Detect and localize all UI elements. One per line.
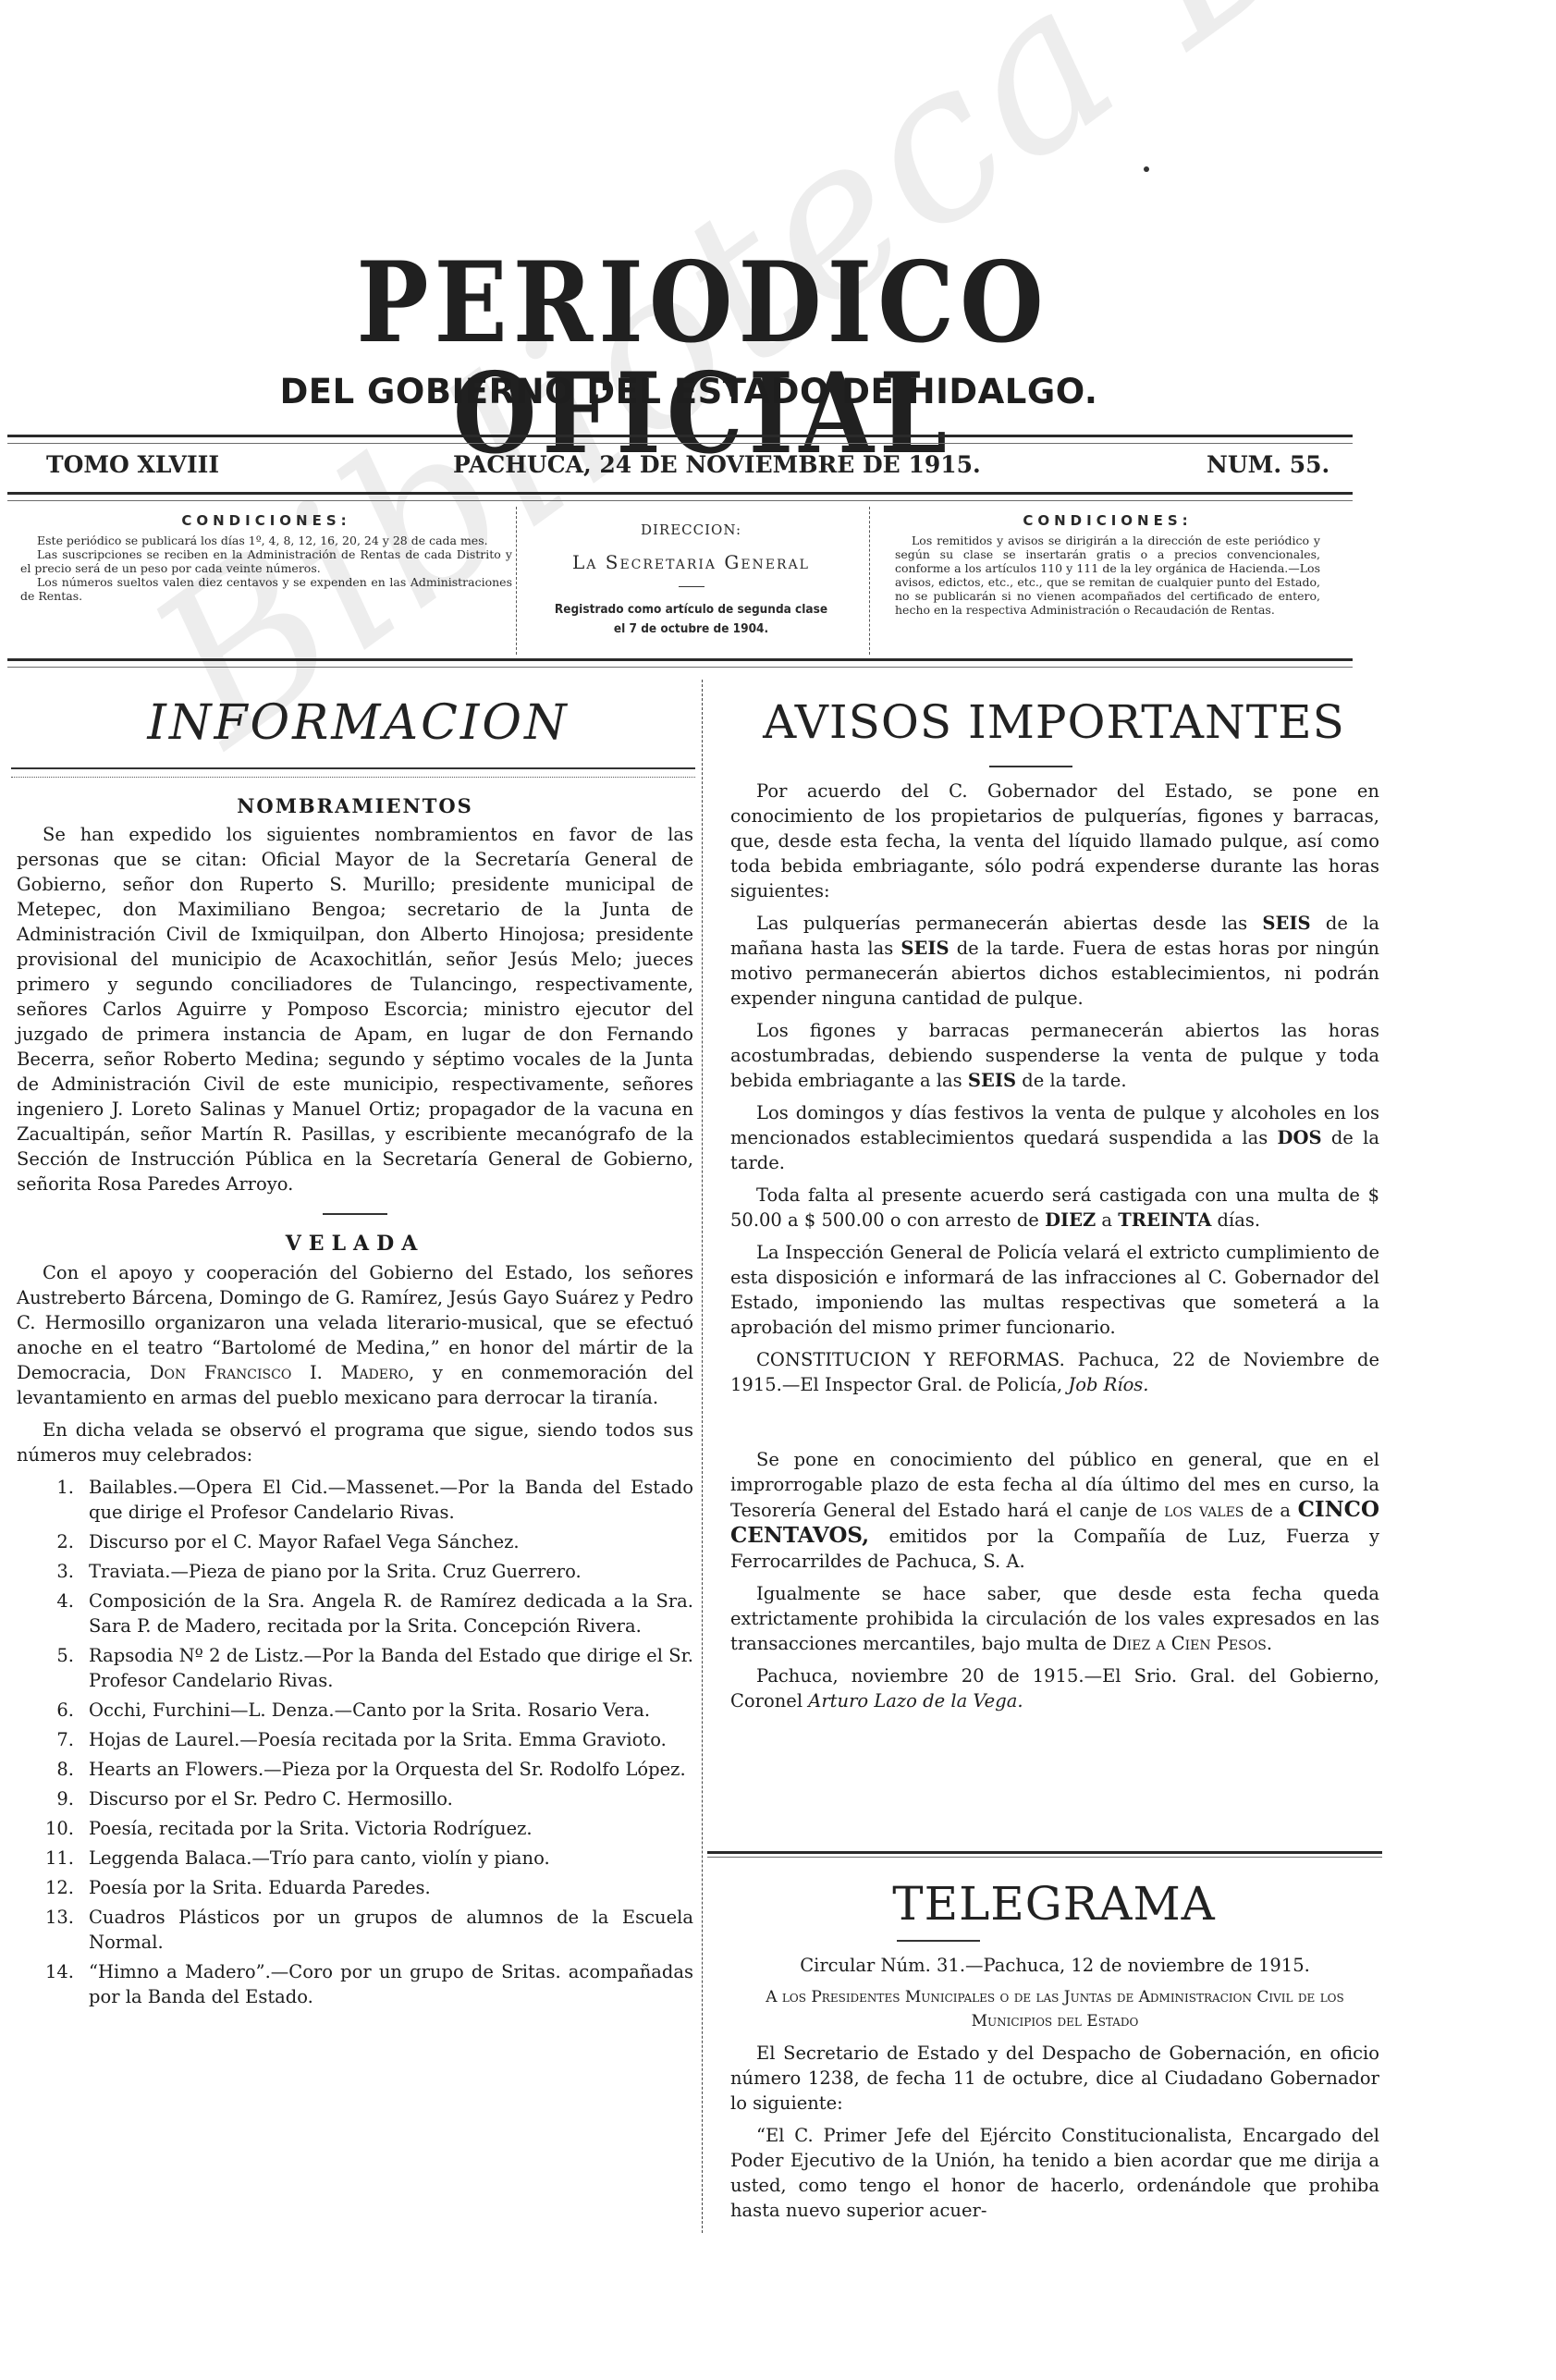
direction-dash [679, 586, 704, 587]
program-item-text: Discurso por el Sr. Pedro C. Hermosillo. [89, 1788, 453, 1810]
program-item: 2.Discurso por el C. Mayor Rafael Vega S… [17, 1529, 693, 1554]
nombramientos-text: Se han expedido los siguientes nombramie… [17, 822, 693, 1196]
issue-date: PACHUCA, 24 DE NOVIEMBRE DE 1915. [453, 451, 981, 478]
avisos-p6: La Inspección General de Policía velará … [730, 1240, 1379, 1340]
program-item-text: Cuadros Plásticos por un grupos de alumn… [89, 1907, 693, 1953]
masthead-rule-bottom [7, 492, 1353, 501]
telegrama-p1: El Secretario de Estado y del Despacho d… [730, 2041, 1379, 2116]
program-item: 1.Bailables.—Opera El Cid.—Massenet.—Por… [17, 1475, 693, 1525]
avisos-p1: Por acuerdo del C. Gobernador del Estado… [730, 779, 1379, 903]
avisos-rule [989, 766, 1072, 767]
section-title-telegrama: TELEGRAMA [730, 1877, 1378, 1931]
program-item-number: 4. [17, 1589, 74, 1613]
direction-label: DIRECCION: [518, 521, 864, 538]
conditions-left-title: CONDICIONES: [20, 514, 512, 528]
velada-heading: VELADA [17, 1232, 693, 1257]
program-item-number: 14. [17, 1959, 74, 1984]
program-item-text: Hojas de Laurel.—Poesía recitada por la … [89, 1729, 667, 1750]
print-speck [1144, 166, 1149, 172]
vales-p1: Se pone en conocimiento del público en g… [730, 1447, 1379, 1574]
program-item-text: Discurso por el C. Mayor Rafael Vega Sán… [89, 1531, 520, 1552]
right-column: Por acuerdo del C. Gobernador del Estado… [730, 779, 1379, 1721]
avisos-p4: Los domingos y días festivos la venta de… [730, 1100, 1379, 1175]
program-item-number: 3. [17, 1559, 74, 1584]
conditions-rule [7, 658, 1353, 668]
program-item-number: 13. [17, 1905, 74, 1930]
program-item: 11.Leggenda Balaca.—Trío para canto, vio… [17, 1846, 693, 1871]
telegrama-p2: “El C. Primer Jefe del Ejército Constitu… [730, 2123, 1379, 2223]
program-item: 3.Traviata.—Pieza de piano por la Srita.… [17, 1559, 693, 1584]
program-item-text: Occhi, Furchini—L. Denza.—Canto por la S… [89, 1699, 650, 1721]
avisos-p3: Los figones y barracas permanecerán abie… [730, 1018, 1379, 1093]
program-item-number: 1. [17, 1475, 74, 1500]
program-item-number: 2. [17, 1529, 74, 1554]
program-item: 13.Cuadros Plásticos por un grupos de al… [17, 1905, 693, 1955]
velada-program-intro: En dicha velada se observó el programa q… [17, 1417, 693, 1467]
conditions-right-text: Los remitidos y avisos se dirigirán a la… [895, 534, 1320, 617]
program-item: 14.“Himno a Madero”.—Coro por un grupo d… [17, 1959, 693, 2009]
program-item-number: 5. [17, 1643, 74, 1668]
telegrama-addressee: A los Presidentes Municipales o de las J… [730, 1985, 1379, 2033]
program-item-text: Bailables.—Opera El Cid.—Massenet.—Por l… [89, 1477, 693, 1523]
volume-label: TOMO XLVIII [46, 451, 219, 478]
registration-line-2: el 7 de octubre de 1904. [518, 620, 864, 639]
velada-rule [323, 1213, 387, 1215]
program-item: 5.Rapsodia Nº 2 de Listz.—Por la Banda d… [17, 1643, 693, 1693]
masthead-subtitle: DEL GOBIERNO DEL ESTADO DE HIDALGO. [83, 372, 1294, 411]
program-item: 9.Discurso por el Sr. Pedro C. Hermosill… [17, 1786, 693, 1811]
program-item-text: Traviata.—Pieza de piano por la Srita. C… [89, 1561, 582, 1582]
program-item-number: 6. [17, 1698, 74, 1723]
avisos-signature: CONSTITUCION Y REFORMAS. Pachuca, 22 de … [730, 1347, 1379, 1397]
issue-number: NUM. 55. [1207, 451, 1329, 478]
column-divider [702, 680, 703, 2233]
informacion-rule [11, 767, 695, 778]
program-item-number: 11. [17, 1846, 74, 1871]
program-item: 10.Poesía, recitada por la Srita. Victor… [17, 1816, 693, 1841]
direction-box: DIRECCION: La Secretaria General Registr… [518, 507, 864, 645]
program-item-text: Leggenda Balaca.—Trío para canto, violín… [89, 1847, 550, 1869]
telegrama-circular: Circular Núm. 31.—Pachuca, 12 de noviemb… [730, 1953, 1379, 1978]
program-item-number: 12. [17, 1875, 74, 1900]
nombramientos-heading: NOMBRAMIENTOS [17, 793, 693, 818]
vales-signature: Pachuca, noviembre 20 de 1915.—El Srio. … [730, 1663, 1379, 1713]
program-item-text: Composición de la Sra. Angela R. de Ramí… [89, 1590, 693, 1637]
program-item: 6.Occhi, Furchini—L. Denza.—Canto por la… [17, 1698, 693, 1723]
section-title-informacion: INFORMACION [18, 695, 698, 751]
program-item-number: 7. [17, 1727, 74, 1752]
avisos-p2: Las pulquerías permanecerán abiertas des… [730, 911, 1379, 1011]
section-title-avisos: AVISOS IMPORTANTES [730, 695, 1378, 749]
telegrama-column: Circular Núm. 31.—Pachuca, 12 de noviemb… [730, 1953, 1379, 2230]
velada-intro: Con el apoyo y cooperación del Gobierno … [17, 1260, 693, 1410]
program-item-text: Rapsodia Nº 2 de Listz.—Por la Banda del… [89, 1645, 693, 1691]
conditions-left: CONDICIONES: Este periódico se publicará… [20, 507, 512, 645]
program-item: 8.Hearts an Flowers.—Pieza por la Orques… [17, 1757, 693, 1782]
registration-line-1: Registrado como artículo de segunda clas… [518, 600, 864, 620]
program-item-number: 10. [17, 1816, 74, 1841]
velada-program-list: 1.Bailables.—Opera El Cid.—Massenet.—Por… [17, 1475, 693, 2009]
telegrama-rule [897, 1940, 980, 1942]
left-column: NOMBRAMIENTOS Se han expedido los siguie… [17, 793, 693, 2014]
program-item-number: 9. [17, 1786, 74, 1811]
avisos-p5: Toda falta al presente acuerdo será cast… [730, 1183, 1379, 1233]
box-divider [516, 507, 517, 655]
program-item: 7.Hojas de Laurel.—Poesía recitada por l… [17, 1727, 693, 1752]
vales-p2: Igualmente se hace saber, que desde esta… [730, 1581, 1379, 1656]
issue-bar: TOMO XLVIII PACHUCA, 24 DE NOVIEMBRE DE … [23, 451, 1336, 485]
conditions-left-p1: Este periódico se publicará los días 1º,… [20, 534, 512, 547]
conditions-left-p3: Los números sueltos valen diez centavos … [20, 575, 512, 603]
program-item: 12.Poesía por la Srita. Eduarda Paredes. [17, 1875, 693, 1900]
program-item-number: 8. [17, 1757, 74, 1782]
program-item-text: Poesía por la Srita. Eduarda Paredes. [89, 1877, 431, 1898]
conditions-right: CONDICIONES: Los remitidos y avisos se d… [895, 507, 1320, 645]
conditions-left-p2: Las suscripciones se reciben en la Admin… [20, 547, 512, 575]
conditions-right-title: CONDICIONES: [895, 514, 1320, 528]
program-item-text: “Himno a Madero”.—Coro por un grupo de S… [89, 1961, 693, 2007]
vales-rule [707, 1851, 1382, 1858]
spacer [730, 1405, 1379, 1447]
program-item-text: Poesía, recitada por la Srita. Victoria … [89, 1818, 533, 1839]
box-divider [869, 507, 870, 655]
direction-name: La Secretaria General [518, 551, 864, 573]
masthead-rule-top [7, 435, 1353, 444]
newspaper-page: Biblioteca Digitalizada PERIODICO OFICIA… [0, 0, 1556, 2380]
program-item-text: Hearts an Flowers.—Pieza por la Orquesta… [89, 1759, 686, 1780]
program-item: 4.Composición de la Sra. Angela R. de Ra… [17, 1589, 693, 1638]
